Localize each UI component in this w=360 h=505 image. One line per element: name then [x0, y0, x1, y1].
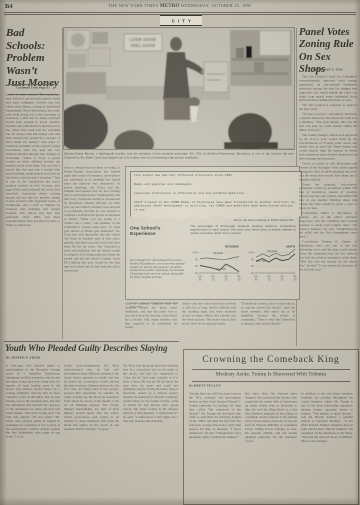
svg-text:’94-’95: ’94-’95 — [293, 276, 297, 282]
state-findings-box: This school has had four different princ… — [130, 171, 302, 222]
sex-shops-byline: By VIVIAN S. TOY — [299, 68, 357, 75]
svg-text:Citywide: Citywide — [213, 251, 224, 255]
column-rule-left — [62, 28, 63, 339]
chart-reading: 40%302010’88-’89’90-’91’92-’93’94-’95Cit… — [189, 243, 241, 285]
svg-text:’88-’89: ’88-’89 — [198, 276, 202, 282]
trump-box: Crowning the Comeback King Modesty Aside… — [183, 349, 359, 505]
finding-item: This school has had four different princ… — [134, 174, 298, 178]
school-graphic: This school has had four different princ… — [125, 166, 300, 300]
bottom-left-divider — [4, 341, 179, 342]
masthead-section: METRO — [160, 3, 180, 9]
svg-text:10: 10 — [195, 271, 199, 275]
photo-credit: The New York Times — [179, 148, 294, 151]
photo-caption: Marian Pansy Brown, a third-grade teache… — [64, 152, 294, 164]
bad-schools-col5: “Everybody owned a piece of this school,… — [241, 302, 295, 339]
trump-subhead: Modesty Aside, Trump Is Showered With Tr… — [184, 371, 358, 379]
svg-text:20: 20 — [195, 264, 199, 268]
svg-text:’92-’93: ’92-’93 — [280, 276, 284, 282]
youth-byline: By JOSEPH P. FRIED — [6, 356, 60, 363]
youth-col2: Under cross-examination, Mr. Mota acknow… — [64, 364, 119, 503]
masthead-date: WEDNESDAY, OCTOBER 25, 1995 — [181, 4, 252, 9]
finding-item: Books and supplies are inadequate. — [134, 183, 298, 187]
finding-item: Staff trained in the COMER Model of Exce… — [134, 201, 298, 212]
svg-text:MATH: MATH — [287, 245, 295, 249]
trump-rule-1 — [192, 369, 350, 370]
svg-text:’88-’89: ’88-’89 — [254, 276, 258, 282]
svg-text:’90-’91: ’90-’91 — [267, 276, 271, 282]
trump-col3: In addition to the real estate ventures,… — [301, 392, 353, 500]
svg-text:P.S. 304: P.S. 304 — [216, 267, 226, 271]
finding-item: Classroom instruction is affected by old… — [134, 192, 298, 196]
trump-byline: By BRETT PULLEY — [189, 384, 241, 391]
chart-intro: The percentage of third-grade students m… — [190, 225, 296, 241]
section-tab-city: CITY — [160, 15, 202, 26]
bad-schools-headline: Bad Schools: Problem Wasn’t Just Money — [6, 27, 62, 90]
classroom-photo: LOOK GOOD FEEL GOOD — [64, 28, 294, 149]
svg-text:’94-’95: ’94-’95 — [237, 276, 241, 282]
bad-schools-col2: want to emulate the job they are doing. … — [64, 166, 120, 338]
bad-schools-col4: Asked why the school had been allowed to… — [182, 302, 236, 339]
masthead: THE NEW YORK TIMES METRO WEDNESDAY, OCTO… — [0, 3, 360, 11]
header-rule-top — [4, 12, 356, 13]
svg-text:20: 20 — [251, 264, 255, 268]
svg-text:Citywide: Citywide — [267, 249, 278, 253]
masthead-paper: THE NEW YORK TIMES — [108, 4, 158, 9]
svg-text:10: 10 — [251, 271, 255, 275]
youth-col1: A teen-ager who pleaded guilty to mansla… — [6, 364, 60, 503]
header-rule-bottom — [4, 14, 356, 15]
svg-text:30: 30 — [195, 257, 199, 261]
bad-schools-col1: forced to other schools. The curriculum … — [6, 93, 60, 338]
bad-schools-col3: tried to reassure families that the take… — [125, 302, 177, 339]
svg-text:P.S. 304: P.S. 304 — [256, 259, 266, 263]
trump-rule-2 — [192, 381, 350, 382]
svg-text:30: 30 — [251, 257, 255, 261]
trump-headline: Crowning the Comeback King — [184, 355, 358, 365]
chart-math: 40%302010’88-’89’90-’91’92-’93’94-’95Cit… — [245, 243, 297, 285]
youth-headline: Youth Who Pleaded Guilty Describes Slayi… — [5, 343, 180, 353]
sex-shops-body: The City Council’s Land Use Committee ov… — [299, 75, 357, 346]
svg-text:’92-’93: ’92-’93 — [224, 276, 228, 282]
svg-text:READING: READING — [225, 245, 240, 249]
youth-col3: Mr. Mota said the group had been drinkin… — [123, 364, 178, 503]
svg-text:’90-’91: ’90-’91 — [211, 276, 215, 282]
svg-text:40%: 40% — [192, 251, 198, 255]
trump-col2: But since then, his fortunes have change… — [245, 392, 297, 500]
trump-col1: Though there are still four years to go … — [189, 392, 241, 500]
svg-text:40%: 40% — [248, 251, 254, 255]
